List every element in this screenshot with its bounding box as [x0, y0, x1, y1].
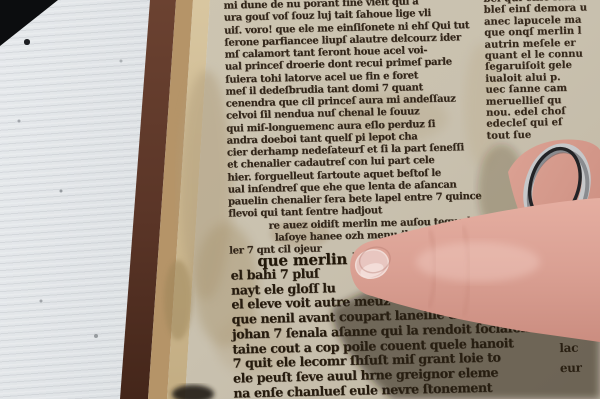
hand [0, 0, 600, 399]
manuscript-photo: mi dune de nu porant fine vieit qui aura… [0, 0, 600, 399]
finger-sheen [416, 242, 540, 282]
